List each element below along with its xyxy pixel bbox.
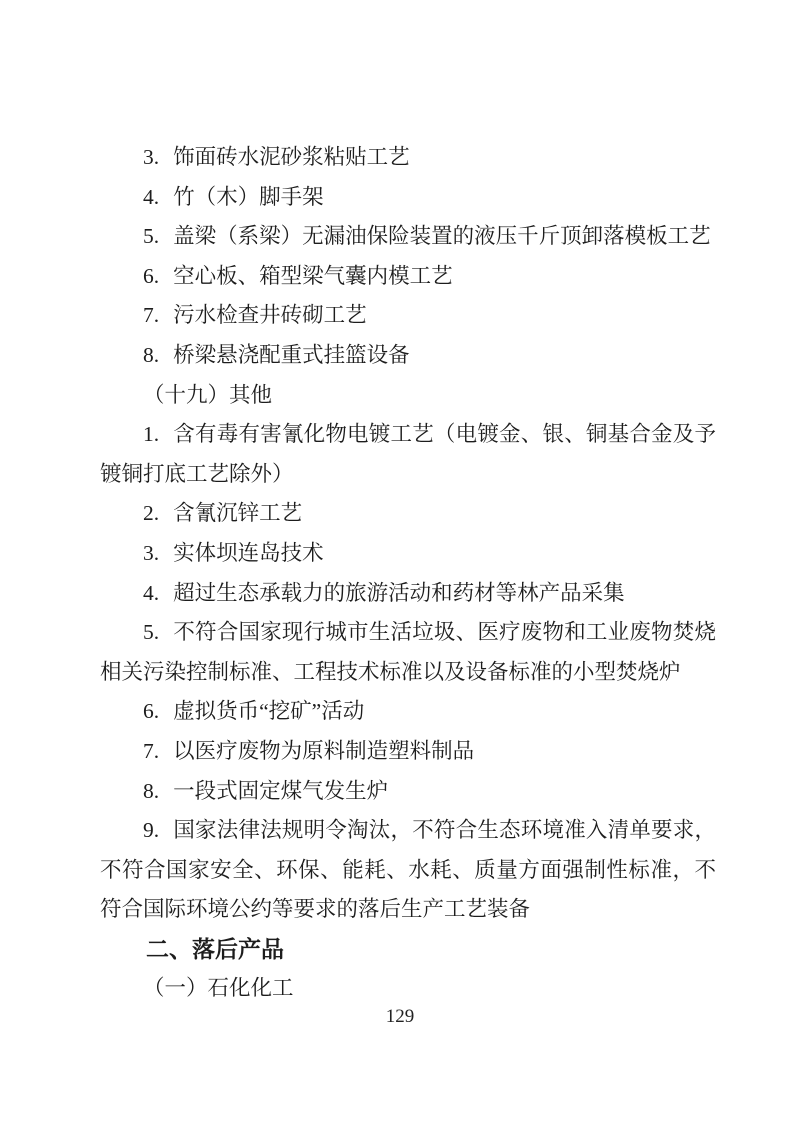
item-number: 7. [143, 739, 159, 763]
list-item: 6.虚拟货币“挖矿”活动 [100, 692, 716, 732]
list-item: 8.一段式固定煤气发生炉 [100, 772, 716, 812]
item-number: 5. [143, 620, 159, 644]
item-number: 7. [143, 303, 159, 327]
page-number: 129 [0, 1004, 800, 1030]
item-number: 4. [143, 185, 159, 209]
item-text: 竹（木）脚手架 [173, 185, 324, 209]
list-item: 1.含有毒有害氰化物电镀工艺（电镀金、银、铜基合金及予镀铜打底工艺除外） [100, 415, 716, 494]
item-number: 4. [143, 581, 159, 605]
item-text: 含有毒有害氰化物电镀工艺（电镀金、银、铜基合金及予镀铜打底工艺除外） [100, 422, 716, 486]
list-item: 9.国家法律法规明令淘汰，不符合生态环境准入清单要求，不符合国家安全、环保、能耗… [100, 811, 716, 930]
list-item: 4.竹（木）脚手架 [100, 178, 716, 218]
item-number: 9. [143, 818, 159, 842]
list-item: 3.实体坝连岛技术 [100, 534, 716, 574]
item-number: 6. [143, 264, 159, 288]
item-text: 污水检查井砖砌工艺 [173, 303, 367, 327]
list-item: 7.污水检查井砖砌工艺 [100, 296, 716, 336]
item-number: 6. [143, 699, 159, 723]
item-text: 桥梁悬浇配重式挂篮设备 [173, 343, 410, 367]
item-text: 盖梁（系梁）无漏油保险装置的液压千斤顶卸落模板工艺 [173, 224, 711, 248]
item-text: 虚拟货币“挖矿”活动 [173, 699, 364, 723]
item-text: 实体坝连岛技术 [173, 541, 324, 565]
item-number: 3. [143, 541, 159, 565]
item-text: 饰面砖水泥砂浆粘贴工艺 [173, 145, 410, 169]
document-page: 3.饰面砖水泥砂浆粘贴工艺 4.竹（木）脚手架 5.盖梁（系梁）无漏油保险装置的… [0, 0, 800, 1131]
item-number: 8. [143, 779, 159, 803]
item-number: 8. [143, 343, 159, 367]
list-item: 8.桥梁悬浇配重式挂篮设备 [100, 336, 716, 376]
list-item: 7.以医疗废物为原料制造塑料制品 [100, 732, 716, 772]
document-content: 3.饰面砖水泥砂浆粘贴工艺 4.竹（木）脚手架 5.盖梁（系梁）无漏油保险装置的… [100, 138, 716, 1009]
item-text: 一段式固定煤气发生炉 [173, 779, 388, 803]
list-item: 4.超过生态承载力的旅游活动和药材等林产品采集 [100, 574, 716, 614]
section-heading-other: （十九）其他 [100, 376, 716, 416]
item-text: 含氰沉锌工艺 [173, 501, 302, 525]
list-item: 5.不符合国家现行城市生活垃圾、医疗废物和工业废物焚烧相关污染控制标准、工程技术… [100, 613, 716, 692]
item-text: 超过生态承载力的旅游活动和药材等林产品采集 [173, 581, 625, 605]
item-text: 国家法律法规明令淘汰，不符合生态环境准入清单要求，不符合国家安全、环保、能耗、水… [100, 818, 716, 921]
list-item: 2.含氰沉锌工艺 [100, 494, 716, 534]
list-item: 5.盖梁（系梁）无漏油保险装置的液压千斤顶卸落模板工艺 [100, 217, 716, 257]
item-number: 2. [143, 501, 159, 525]
item-number: 5. [143, 224, 159, 248]
item-text: 空心板、箱型梁气囊内模工艺 [173, 264, 453, 288]
item-number: 1. [143, 422, 159, 446]
item-number: 3. [143, 145, 159, 169]
list-item: 6.空心板、箱型梁气囊内模工艺 [100, 257, 716, 297]
item-text: 不符合国家现行城市生活垃圾、医疗废物和工业废物焚烧相关污染控制标准、工程技术标准… [100, 620, 716, 684]
part-heading-outdated-products: 二、落后产品 [100, 930, 716, 970]
list-item: 3.饰面砖水泥砂浆粘贴工艺 [100, 138, 716, 178]
item-text: 以医疗废物为原料制造塑料制品 [173, 739, 474, 763]
